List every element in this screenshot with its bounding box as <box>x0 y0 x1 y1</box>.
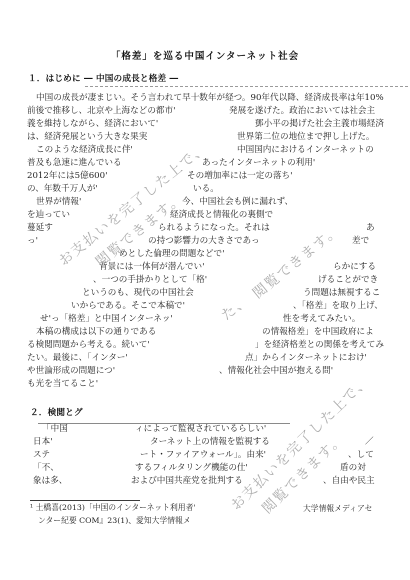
text-fragment: ート・ファイアウォール」。由来' <box>140 451 266 460</box>
text-fragment: ステ <box>33 451 50 460</box>
text-fragment: 背景には一体何が潜んでい' <box>99 263 205 272</box>
text-fragment: 中国の成長が凄まじい。そう言われて早十数年が経つ。90年代以降、経済成長率は年1… <box>36 94 384 103</box>
text-fragment: その増加率には一定の落ち' <box>187 172 293 181</box>
text-fragment: するフィルタリング機能の仕' <box>135 464 248 473</box>
text-fragment: 「中国 <box>42 425 68 434</box>
text-fragment: や世論形成の問題につ' <box>27 367 115 376</box>
text-fragment: 義を維持しながら、経済において' <box>27 120 158 129</box>
text-fragment: 本稿の構成は以下の通りである <box>36 328 156 337</box>
text-fragment: せ'っ「格差」と中国インターネッ' <box>40 315 173 324</box>
text-fragment: 前後で推移し、北京や上海などの都市' <box>27 107 175 116</box>
text-fragment: 、して <box>348 451 374 460</box>
text-fragment: ンター紀要 COM』23(1)、愛知大学情報メ <box>38 517 191 525</box>
text-fragment: 世界が情報' <box>36 198 81 207</box>
text-fragment: いからである。そこで本稿で' <box>71 302 185 311</box>
text-fragment: 性を考えてみたい。 <box>283 315 360 324</box>
text-fragment: および中国共産党を批判する <box>131 477 243 486</box>
text-fragment: いる。 <box>193 185 219 194</box>
document-title: 「格差」を巡る中国インターネット社会 <box>0 48 410 62</box>
text-fragment: あ <box>366 224 375 233</box>
text-fragment: このような経済成長に伴' <box>36 146 133 155</box>
text-fragment: 中国国内におけるインターネットの <box>237 146 374 155</box>
text-fragment: 経済成長と情報化の裏側で <box>170 211 273 220</box>
text-fragment: あったインターネットの利用' <box>202 159 315 168</box>
text-fragment: られるようになった。それは <box>158 224 270 233</box>
text-fragment: う問題は無視するこ <box>303 289 380 298</box>
text-fragment: 世界第二位の地位まで押し上げた。 <box>237 133 375 142</box>
text-fragment: 、一つの手掛かりとして「格' <box>93 276 207 285</box>
text-fragment: 普及も急速に進んでいる <box>27 159 122 168</box>
text-fragment: 、自由や民主 <box>323 477 375 486</box>
text-fragment: 点」からインターネットにおけ' <box>245 354 367 363</box>
text-fragment: っ' <box>27 237 38 246</box>
footnote-divider <box>30 500 140 501</box>
text-fragment: げることができ <box>318 276 378 285</box>
text-fragment: 日本' <box>33 438 53 447</box>
text-fragment: 2012年には5億600' <box>27 172 107 181</box>
text-fragment: 「不、 <box>33 464 59 473</box>
text-fragment: ／ <box>365 438 374 447</box>
text-fragment: の、年数千万人が' <box>27 185 98 194</box>
section-1-heading: １．はじめに ― 中国の成長と格差 ― <box>28 72 178 84</box>
text-fragment: ¹ 土橋喜(2013)「中国のインターネット利用者' <box>30 504 196 512</box>
text-fragment: めとした倫理の問題などで' <box>119 250 225 259</box>
text-fragment: 象は多、 <box>33 477 67 486</box>
text-fragment: 、「格差」を取り上げ、 <box>293 302 383 311</box>
text-fragment: は、経済発展という大きな果実 <box>27 133 147 142</box>
text-fragment: 大学情報メディアセ <box>303 505 372 513</box>
text-fragment: 蔓延す <box>27 224 53 233</box>
watermark-stamp: た、 <box>216 289 255 327</box>
text-fragment: も光を当てること' <box>27 380 98 389</box>
document-page: 「格差」を巡る中国インターネット社会 １．はじめに ― 中国の成長と格差 ― ２… <box>0 0 410 580</box>
text-fragment: たい。最後に、「インター' <box>27 354 128 363</box>
text-fragment: ィによって監視されているらしい' <box>135 425 266 434</box>
text-fragment: ターネット上の情報を監視する <box>150 438 270 447</box>
text-fragment: 盾の対 <box>340 464 366 473</box>
text-fragment: を辿ってい <box>27 211 70 220</box>
text-fragment: 鄧小平の掲げた社会主義市場経済 <box>255 120 384 129</box>
text-fragment: 」を経済格差との関係を考えてみ <box>255 341 384 350</box>
text-fragment: の情報格差」を中国政府によ <box>262 328 374 337</box>
text-fragment: 、情報化社会中国が抱える問' <box>219 367 333 376</box>
text-fragment: る検閲問題から考える。続いて' <box>27 341 150 350</box>
text-fragment: の持つ影響力の大きさであっ <box>148 237 260 246</box>
section-2-heading: ２．検閲とグ <box>30 406 83 418</box>
text-fragment: 発展を遂げた。政治においては社会主 <box>229 107 375 116</box>
text-fragment: というのも、現代の中国社会 <box>82 289 194 298</box>
text-fragment: らかにする <box>333 263 376 272</box>
text-fragment: 今、中国社会も例に漏れず、 <box>182 198 293 207</box>
text-fragment: 差で <box>352 237 369 246</box>
dashed-divider <box>85 86 408 87</box>
